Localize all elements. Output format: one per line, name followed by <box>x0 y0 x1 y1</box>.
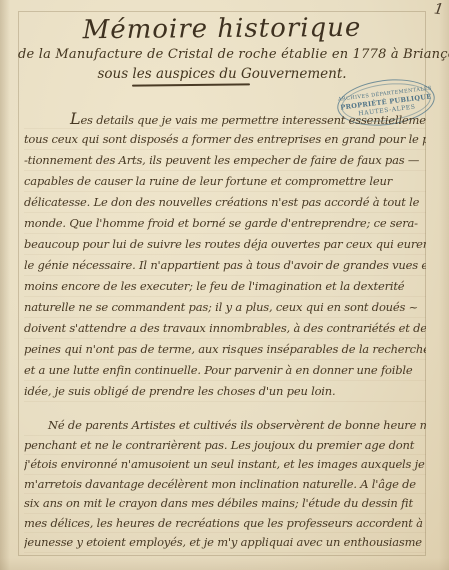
manuscript-line: j'étois environné n'amusoient un seul in… <box>24 455 426 475</box>
manuscript-line: idée, je suis obligé de prendre les chos… <box>24 381 426 402</box>
manuscript-line: Les details que je vais me permettre int… <box>24 108 426 129</box>
page-title: Mémoire historique <box>18 12 426 46</box>
manuscript-line: monde. Que l'homme froid et borné se gar… <box>24 213 426 234</box>
paragraph-1: Les details que je vais me permettre int… <box>24 108 426 402</box>
manuscript-line: moins encore de les executer; le feu de … <box>24 276 426 297</box>
manuscript-line: six ans on mit le crayon dans mes débile… <box>24 494 426 514</box>
manuscript-line: délicatesse. Le don des nouvelles créati… <box>24 192 426 213</box>
title-block: Mémoire historique de la Manufacture de … <box>18 14 426 82</box>
title-subtitle-2: sous les auspices du Gouvernement. <box>18 66 426 82</box>
manuscript-line: peines qui n'ont pas de terme, aux risqu… <box>24 339 426 360</box>
manuscript-line: jeunesse y etoient employés, et je m'y a… <box>24 533 426 553</box>
manuscript-line: Né de parents Artistes et cultivés ils o… <box>24 416 426 436</box>
paragraph-2: Né de parents Artistes et cultivés ils o… <box>24 416 426 553</box>
manuscript-line: le génie nécessaire. Il n'appartient pas… <box>24 255 426 276</box>
manuscript-line: et a une lutte enfin continuelle. Pour p… <box>24 360 426 381</box>
manuscript-line: capables de causer la ruine de leur fort… <box>24 171 426 192</box>
manuscript-line: penchant et ne le contrarièrent pas. Les… <box>24 436 426 456</box>
manuscript-body: Les details que je vais me permettre int… <box>24 108 426 553</box>
manuscript-line: m'arretois davantage decélèrent mon incl… <box>24 475 426 495</box>
manuscript-page: { "page": { "folio_number": "1" }, "titl… <box>0 0 449 570</box>
manuscript-line: tous ceux qui sont disposés a former des… <box>24 129 426 150</box>
manuscript-line: naturelle ne se commandent pas; il y a p… <box>24 297 426 318</box>
manuscript-line: mes délices, les heures de recréations q… <box>24 514 426 534</box>
folio-number: 1 <box>433 0 445 19</box>
title-subtitle: de la Manufacture de Cristal de roche ét… <box>18 47 426 62</box>
manuscript-line: doivent s'attendre a des travaux innombr… <box>24 318 426 339</box>
manuscript-line: beaucoup pour lui de suivre les routes d… <box>24 234 426 255</box>
manuscript-line: -tionnement des Arts, ils peuvent les em… <box>24 150 426 171</box>
